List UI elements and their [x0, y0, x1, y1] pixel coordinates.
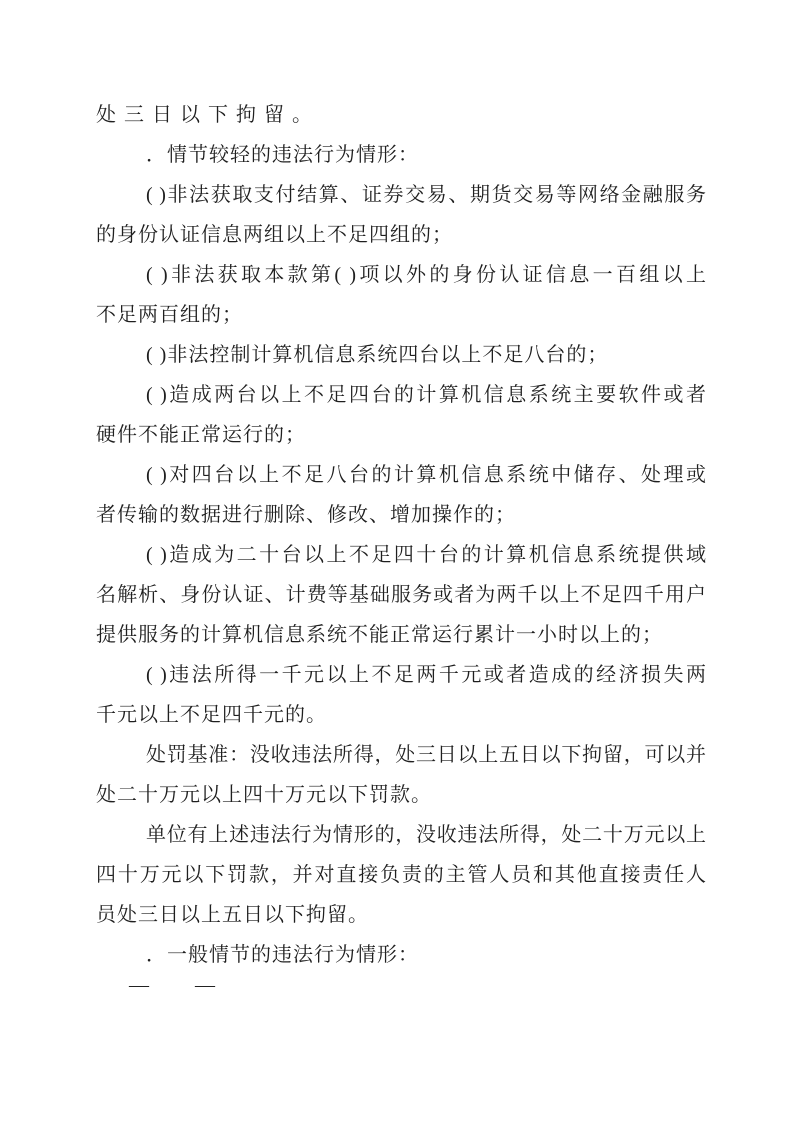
doc-line: ( )违法所得一千元以上不足两千元或者造成的经济损失两 — [96, 655, 706, 695]
doc-line: ( )对四台以上不足八台的计算机信息系统中储存、处理或 — [96, 455, 706, 495]
doc-line: ( )非法获取本款第( )项以外的身份认证信息一百组以上 — [96, 255, 706, 295]
doc-line: ( )造成为二十台以上不足四十台的计算机信息系统提供域 — [96, 535, 706, 575]
doc-line: ．情节较轻的违法行为情形： — [96, 135, 706, 175]
doc-line: 的身份认证信息两组以上不足四组的； — [96, 215, 706, 255]
footer-dash-right: — — [195, 974, 215, 996]
doc-line: 处三日以下拘留。 — [96, 95, 706, 135]
document-text-block: 处三日以下拘留。 ．情节较轻的违法行为情形： ( )非法获取支付结算、证券交易、… — [96, 95, 706, 975]
doc-line: ( )非法控制计算机信息系统四台以上不足八台的； — [96, 335, 706, 375]
doc-line: ( )非法获取支付结算、证券交易、期货交易等网络金融服务 — [96, 175, 706, 215]
page-footer: —— — [129, 971, 215, 999]
doc-line: 不足两百组的； — [96, 295, 706, 335]
doc-line: 处罚基准：没收违法所得，处三日以上五日以下拘留，可以并 — [96, 735, 706, 775]
doc-line: 名解析、身份认证、计费等基础服务或者为两千以上不足四千用户 — [96, 575, 706, 615]
doc-line: ．一般情节的违法行为情形： — [96, 935, 706, 975]
doc-line: 处二十万元以上四十万元以下罚款。 — [96, 775, 706, 815]
doc-line: 提供服务的计算机信息系统不能正常运行累计一小时以上的； — [96, 615, 706, 655]
doc-line: 硬件不能正常运行的； — [96, 415, 706, 455]
doc-line: 四十万元以下罚款，并对直接负责的主管人员和其他直接责任人 — [96, 855, 706, 895]
doc-line: 员处三日以上五日以下拘留。 — [96, 895, 706, 935]
doc-line: 者传输的数据进行删除、修改、增加操作的； — [96, 495, 706, 535]
doc-line: 单位有上述违法行为情形的，没收违法所得，处二十万元以上 — [96, 815, 706, 855]
doc-line: ( )造成两台以上不足四台的计算机信息系统主要软件或者 — [96, 375, 706, 415]
doc-line: 千元以上不足四千元的。 — [96, 695, 706, 735]
document-page: 处三日以下拘留。 ．情节较轻的违法行为情形： ( )非法获取支付结算、证券交易、… — [0, 0, 793, 1122]
footer-dash-left: — — [129, 974, 149, 996]
